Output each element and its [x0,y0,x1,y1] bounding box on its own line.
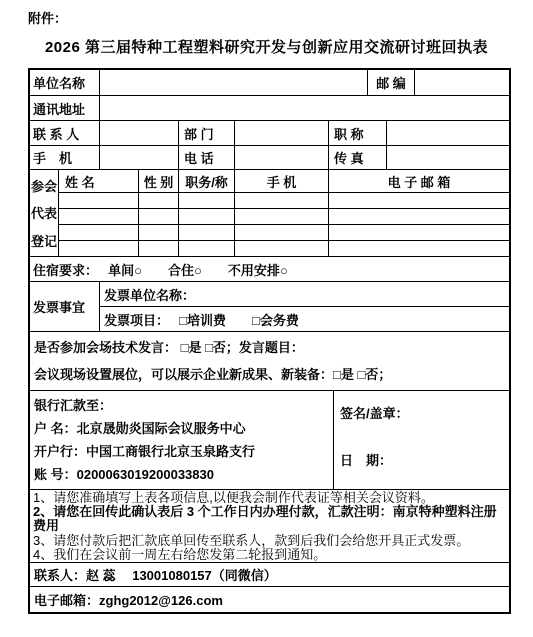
accommodation-options: 住宿要求： 单间○ 合住○ 不用安排○ [30,257,509,281]
delegates-grid: 姓 名 性 别 职务/称 手 机 电 子 邮 箱 [59,170,509,256]
invoice-item-line: 发票项目： □培训费 □会务费 [100,307,509,331]
notes-cell: 1、请您准确填写上表各项信息,以便我会制作代表证等相关会议资料。 2、请您在回传… [30,490,509,562]
zip-label: 邮 编 [368,70,415,95]
footer-email-line: 电子邮箱：zghg2012@126.com [30,587,509,612]
registration-form-table: 单位名称 邮 编 通讯地址 联 系 人 部 门 职 称 手 机 电 话 传 真 [28,68,511,614]
mobile-label: 手 机 [30,146,100,169]
attachment-label: 附件： [28,8,67,27]
delegate-email-cell [329,193,509,208]
delegates-label-line2: 代表 [30,203,58,222]
exhibition-question-line: 会议现场设置展位，可以展示企业新成果、新装备：□是 □否； [34,361,505,388]
mobile-field [100,146,179,169]
delegate-gender-cell [139,193,179,208]
delegates-section-label: 参会 代表 登记 [30,170,59,256]
signature-area: 签名/盖章： 日 期： [334,391,509,489]
note-1: 1、请您准确填写上表各项信息,以便我会制作代表证等相关会议资料。 [33,491,506,505]
delegate-gender-cell [139,225,179,240]
delegate-email-cell [329,225,509,240]
zip-field [415,70,509,95]
invoice-details: 发票单位名称： 发票项目： □培训费 □会务费 [100,282,509,331]
delegate-position-cell [179,225,235,240]
dept-field [235,121,329,145]
unit-name-field [100,70,368,95]
speech-section: 是否参加会场技术发言： □是 □否；发言题目： 会议现场设置展位，可以展示企业新… [30,332,509,391]
footer-contact-row: 联系人：赵 蕊 13001080157（同微信） [30,563,509,587]
fax-field [387,146,509,169]
bank-account-number: 账 号：0200063019200033830 [34,463,329,486]
speech-question-line: 是否参加会场技术发言： □是 □否；发言题目： [34,334,505,361]
note-4: 4、我们在会议前一周左右给您发第二轮报到通知。 [33,548,506,562]
dept-label: 部 门 [179,121,235,145]
accommodation-row: 住宿要求： 单间○ 合住○ 不用安排○ [30,257,509,282]
delegate-position-header: 职务/称 [179,170,235,192]
delegate-row [59,193,509,209]
fax-label: 传 真 [329,146,387,169]
bank-info: 银行汇款至： 户 名：北京晟勋炎国际会议服务中心 开户行：中国工商银行北京玉泉路… [30,391,334,489]
bank-branch: 开户行：中国工商银行北京玉泉路支行 [34,440,329,463]
delegate-position-cell [179,193,235,208]
footer-email-row: 电子邮箱：zghg2012@126.com [30,587,509,612]
delegate-name-header: 姓 名 [59,170,139,192]
delegate-position-cell [179,241,235,256]
delegate-position-cell [179,209,235,224]
address-field [100,96,509,120]
speech-cell: 是否参加会场技术发言： □是 □否；发言题目： 会议现场设置展位，可以展示企业新… [30,332,509,390]
address-row: 通讯地址 [30,96,509,121]
delegate-name-cell [59,241,139,256]
bank-account-name: 户 名：北京晟勋炎国际会议服务中心 [34,417,329,440]
delegates-section: 参会 代表 登记 姓 名 性 别 职务/称 手 机 电 子 邮 箱 [30,170,509,257]
invoice-unit-line: 发票单位名称： [100,282,509,307]
delegate-mobile-header: 手 机 [235,170,329,192]
delegate-name-cell [59,193,139,208]
delegates-label-line3: 登记 [30,231,58,250]
delegate-email-header: 电 子 邮 箱 [329,170,509,192]
delegates-label-line1: 参会 [30,176,58,195]
title-field [387,121,509,145]
note-3: 3、请您付款后把汇款底单回传至联系人，款到后我们会给您开具正式发票。 [33,534,506,548]
unit-name-row: 单位名称 邮 编 [30,70,509,96]
unit-name-label: 单位名称 [30,70,100,95]
form-title: 2026 第三届特种工程塑料研究开发与创新应用交流研讨班回执表 [0,36,533,57]
delegate-row [59,225,509,241]
tel-label: 电 话 [179,146,235,169]
delegate-gender-cell [139,241,179,256]
invoice-section-label: 发票事宜 [30,282,100,331]
delegate-mobile-cell [235,225,329,240]
notes-section: 1、请您准确填写上表各项信息,以便我会制作代表证等相关会议资料。 2、请您在回传… [30,490,509,563]
delegate-row [59,241,509,256]
note-2: 2、请您在回传此确认表后 3 个工作日内办理付款，汇款注明：南京特种塑料注册费用 [33,505,506,533]
delegates-header-row: 姓 名 性 别 职务/称 手 机 电 子 邮 箱 [59,170,509,193]
document-page: 附件： 2026 第三届特种工程塑料研究开发与创新应用交流研讨班回执表 单位名称… [0,0,533,637]
bank-section: 银行汇款至： 户 名：北京晟勋炎国际会议服务中心 开户行：中国工商银行北京玉泉路… [30,391,509,490]
delegate-row [59,209,509,225]
address-label: 通讯地址 [30,96,100,120]
tel-field [235,146,329,169]
delegate-email-cell [329,209,509,224]
delegate-email-cell [329,241,509,256]
delegate-gender-cell [139,209,179,224]
delegate-mobile-cell [235,209,329,224]
invoice-section: 发票事宜 发票单位名称： 发票项目： □培训费 □会务费 [30,282,509,332]
signature-label: 签名/盖章： [340,403,503,422]
delegate-gender-header: 性 别 [139,170,179,192]
phone-row: 手 机 电 话 传 真 [30,146,509,170]
delegate-name-cell [59,225,139,240]
footer-contact-line: 联系人：赵 蕊 13001080157（同微信） [30,563,509,586]
contact-field [100,121,179,145]
delegate-mobile-cell [235,193,329,208]
bank-title: 银行汇款至： [34,394,329,417]
delegate-name-cell [59,209,139,224]
date-label: 日 期： [340,450,503,469]
delegate-mobile-cell [235,241,329,256]
title-label: 职 称 [329,121,387,145]
contact-label: 联 系 人 [30,121,100,145]
contact-row: 联 系 人 部 门 职 称 [30,121,509,146]
